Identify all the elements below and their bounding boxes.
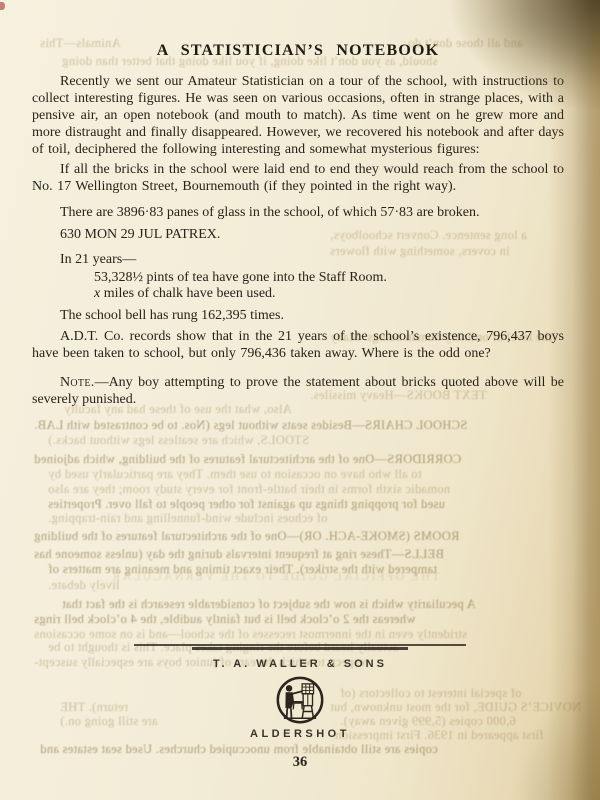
top-right-corner-shadow	[450, 0, 600, 110]
chalk-text: miles of chalk have been used.	[100, 286, 275, 301]
bleedthrough-text: A peculiarity which is now the subject o…	[62, 597, 476, 612]
bell-statistic: The school bell has rung 162,395 times.	[32, 307, 564, 324]
chalk-statistic: x miles of chalk have been used.	[32, 286, 564, 302]
top-left-ink-mark	[0, 2, 5, 10]
panes-statistic: There are 3896·83 panes of glass in the …	[32, 204, 564, 221]
bottom-right-corner-shadow	[510, 680, 600, 800]
advert-company-name: T. A. WALLER & SONS	[0, 658, 600, 670]
scanned-book-page: Animals—Thisand all those don’t doshould…	[0, 0, 600, 800]
bleedthrough-text: SCHOOL CHAIRS—Besides seats without legs…	[34, 418, 467, 433]
bleedthrough-text: ROOMS (SMOKE-ACH. OR)—One of the archite…	[34, 529, 459, 544]
divider-rule-thin	[134, 644, 466, 646]
bleedthrough-text: of echoes include wind-funnelling and ra…	[48, 511, 327, 526]
bleedthrough-text: THE OFFICIAL GUIDE TO THE VERNACULAR	[110, 571, 439, 583]
bleedthrough-text: to all who have on occasion to use them.…	[48, 467, 421, 482]
in-21-years-label: In 21 years—	[32, 251, 564, 268]
bleedthrough-text: whereas the 2 o’clock bell is but faintl…	[34, 612, 415, 627]
bleedthrough-text: tampered with the striker). Their exact …	[48, 562, 437, 577]
adt-paragraph: A.D.T. Co. records show that in the 21 y…	[32, 328, 564, 362]
patrex-entry: 630 MON 29 JUL PATREX.	[32, 226, 564, 243]
bleedthrough-text: nomadic sixth forms in their battle-fron…	[48, 482, 450, 497]
bleedthrough-text: STOOLS, which are seatless legs without …	[48, 433, 309, 448]
bleedthrough-text: used for propping things up against for …	[48, 497, 445, 512]
tea-statistic: 53,328½ pints of tea have gone into the …	[32, 270, 564, 286]
note-label: Note.	[60, 375, 95, 390]
note-paragraph: Note.—Any boy attempting to prove the st…	[32, 374, 564, 408]
bleedthrough-text: lively debate.	[48, 578, 120, 593]
printing-press-logo-icon	[275, 675, 325, 725]
bleedthrough-text: stridently even in the innermost recesse…	[34, 627, 467, 642]
bleedthrough-text: CORRIDORS—One of the architectural featu…	[34, 452, 461, 467]
divider-rule-thick	[192, 647, 408, 650]
bricks-paragraph: If all the bricks in the school were lai…	[32, 161, 564, 195]
bleedthrough-text: BELLS—These ring at frequent intervals d…	[34, 547, 444, 562]
note-text: —Any boy attempting to prove the stateme…	[32, 375, 564, 407]
